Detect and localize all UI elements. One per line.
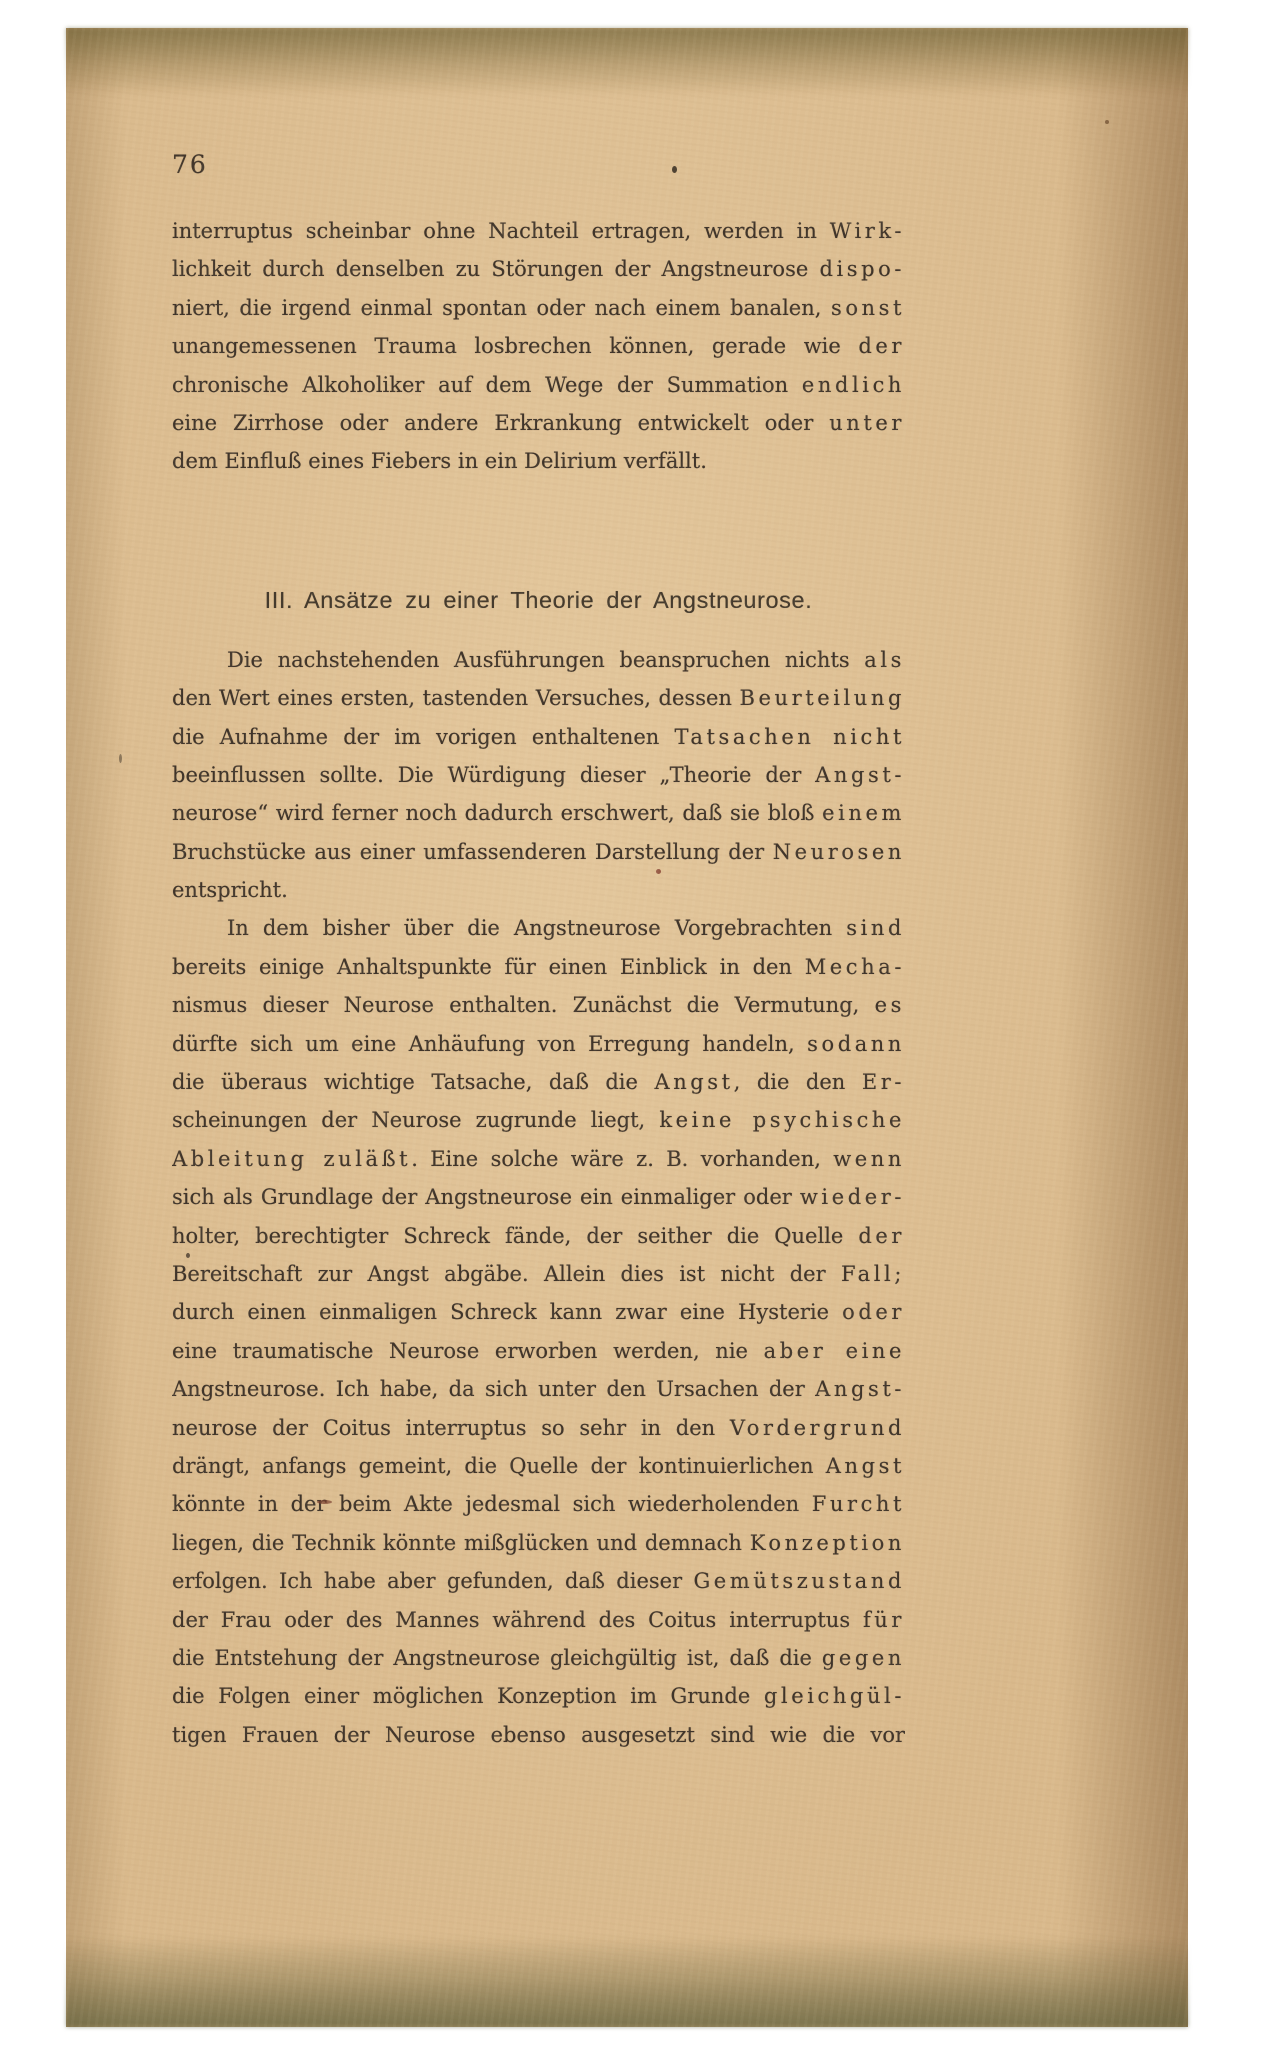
- paragraph-group-top: interruptus scheinbar ohne Nachteil ertr…: [172, 212, 905, 481]
- emphasized-text: einem: [822, 801, 905, 825]
- text-line: entspricht.: [172, 871, 905, 909]
- scan-edge-shadow-bottom: [66, 1941, 1188, 2027]
- ink-speck: [317, 1500, 332, 1504]
- body-text: tigen Frauen der Neurose ebenso ausgeset…: [172, 1723, 905, 1747]
- body-text: unangemessenen Trauma losbrechen können,…: [172, 334, 858, 358]
- ink-speck: [119, 754, 122, 763]
- emphasized-text: sind: [846, 916, 905, 940]
- body-text: Bruchstücke aus einer umfassenderen Dars…: [172, 840, 773, 864]
- body-text: eine traumatische Neurose erworben werde…: [172, 1339, 764, 1363]
- emphasized-text: gleichgül-: [764, 1684, 905, 1708]
- emphasized-text: Konzeption: [750, 1531, 905, 1555]
- body-text: durch einen einmaligen Schreck kann zwar…: [172, 1300, 842, 1324]
- emphasized-text: aber eine: [764, 1339, 905, 1363]
- section-heading: III. Ansätze zu einer Theorie der Angstn…: [172, 583, 905, 617]
- text-line: die überaus wichtige Tatsache, daß die A…: [172, 1063, 905, 1101]
- emphasized-text: Neurosen: [773, 840, 905, 864]
- body-text: Bereitschaft zur Angst abgäbe. Allein di…: [172, 1262, 841, 1286]
- text-line: In dem bisher über die Angstneurose Vorg…: [172, 909, 905, 947]
- text-line: sich als Grundlage der Angstneurose ein …: [172, 1178, 905, 1216]
- body-text: , die den: [734, 1070, 862, 1094]
- ink-speck: [656, 869, 661, 874]
- emphasized-text: Ableitung zuläßt: [172, 1147, 411, 1171]
- body-text: nismus dieser Neurose enthalten. Zunächs…: [172, 993, 875, 1017]
- emphasized-text: Mecha-: [805, 955, 905, 979]
- emphasized-text: endlich: [802, 373, 905, 397]
- text-line: unangemessenen Trauma losbrechen können,…: [172, 327, 905, 365]
- ink-speck: [1105, 120, 1109, 124]
- body-text: dürfte sich um eine Anhäufung von Erregu…: [172, 1032, 807, 1056]
- emphasized-text: Beurteilung: [740, 686, 906, 710]
- emphasized-text: für: [863, 1608, 905, 1632]
- body-text: scheinungen der Neurose zugrunde liegt,: [172, 1108, 659, 1132]
- scanned-book-screenshot: { "page": { "number": "76" }, "heading":…: [0, 0, 1267, 2057]
- paragraph: In dem bisher über die Angstneurose Vorg…: [172, 909, 905, 1754]
- text-line: tigen Frauen der Neurose ebenso ausgeset…: [172, 1716, 905, 1754]
- body-text: In dem bisher über die Angstneurose Vorg…: [227, 916, 846, 940]
- text-line: bereits einige Anhaltspunkte für einen E…: [172, 948, 905, 986]
- emphasized-text: sonst: [831, 296, 905, 320]
- body-text: erfolgen. Ich habe aber gefunden, daß di…: [172, 1569, 693, 1593]
- scan-edge-shadow-top: [66, 28, 1188, 92]
- text-line: eine traumatische Neurose erworben werde…: [172, 1332, 905, 1370]
- text-line: lichkeit durch denselben zu Störungen de…: [172, 250, 905, 288]
- text-line: scheinungen der Neurose zugrunde liegt, …: [172, 1101, 905, 1139]
- body-text: . Eine solche wäre z. B. vorhanden,: [411, 1147, 833, 1171]
- text-line: neurose der Coitus interruptus so sehr i…: [172, 1409, 905, 1447]
- text-line: nismus dieser Neurose enthalten. Zunächs…: [172, 986, 905, 1024]
- emphasized-text: Wirk-: [830, 219, 905, 243]
- ink-speck: [186, 1253, 190, 1258]
- emphasized-text: Furcht: [812, 1492, 905, 1516]
- body-text: dem Einfluß eines Fiebers in ein Deliriu…: [172, 449, 707, 473]
- emphasized-text: Fall;: [841, 1262, 905, 1286]
- emphasized-text: dispo-: [819, 257, 905, 281]
- body-text: Angstneurose. Ich habe, da sich unter de…: [172, 1377, 815, 1401]
- text-line: könnte in der beim Akte jedesmal sich wi…: [172, 1485, 905, 1523]
- book-page-scan: 76 interruptus scheinbar ohne Nachteil e…: [66, 28, 1188, 2027]
- text-line: den Wert eines ersten, tastenden Versuch…: [172, 679, 905, 717]
- emphasized-text: wenn: [833, 1147, 905, 1171]
- text-line: Bereitschaft zur Angst abgäbe. Allein di…: [172, 1255, 905, 1293]
- body-text: der Frau oder des Mannes während des Coi…: [172, 1608, 863, 1632]
- text-line: der Frau oder des Mannes während des Coi…: [172, 1601, 905, 1639]
- emphasized-text: Angst: [826, 1454, 905, 1478]
- text-line: dem Einfluß eines Fiebers in ein Deliriu…: [172, 442, 905, 480]
- emphasized-text: gegen: [822, 1646, 905, 1670]
- emphasized-text: unter: [829, 411, 905, 435]
- text-line: holter, berechtigter Schreck fände, der …: [172, 1217, 905, 1255]
- body-text: die Entstehung der Angstneurose gleichgü…: [172, 1646, 822, 1670]
- text-line: beeinflussen sollte. Die Würdigung diese…: [172, 756, 905, 794]
- emphasized-text: oder: [842, 1300, 905, 1324]
- body-text: die Aufnahme der im vorigen enthaltenen: [172, 725, 674, 749]
- text-line: niert, die irgend einmal spontan oder na…: [172, 289, 905, 327]
- text-line: die Entstehung der Angstneurose gleichgü…: [172, 1639, 905, 1677]
- emphasized-text: als: [864, 648, 905, 672]
- paragraph-group-main: Die nachstehenden Ausführungen beanspruc…: [172, 641, 905, 1754]
- text-line: liegen, die Technik könnte mißglücken un…: [172, 1524, 905, 1562]
- body-text: sich als Grundlage der Angstneurose ein …: [172, 1185, 800, 1209]
- body-text: die Folgen einer möglichen Konzeption im…: [172, 1684, 764, 1708]
- body-text: drängt, anfangs gemeint, die Quelle der …: [172, 1454, 826, 1478]
- text-line: dürfte sich um eine Anhäufung von Erregu…: [172, 1025, 905, 1063]
- paragraph: interruptus scheinbar ohne Nachteil ertr…: [172, 212, 905, 481]
- text-line: Die nachstehenden Ausführungen beanspruc…: [172, 641, 905, 679]
- body-text: Die nachstehenden Ausführungen beanspruc…: [227, 648, 864, 672]
- body-text: liegen, die Technik könnte mißglücken un…: [172, 1531, 750, 1555]
- emphasized-text: sodann: [807, 1032, 905, 1056]
- page-number: 76: [172, 150, 208, 179]
- emphasized-text: es: [875, 993, 905, 1017]
- emphasized-text: Vordergrund: [730, 1416, 905, 1440]
- paragraph: Die nachstehenden Ausführungen beanspruc…: [172, 641, 905, 910]
- emphasized-text: Angst: [654, 1070, 733, 1094]
- text-line: erfolgen. Ich habe aber gefunden, daß di…: [172, 1562, 905, 1600]
- emphasized-text: keine psychische: [659, 1108, 905, 1132]
- emphasized-text: der: [858, 334, 905, 358]
- emphasized-text: der: [858, 1224, 905, 1248]
- text-line: chronische Alkoholiker auf dem Wege der …: [172, 366, 905, 404]
- text-line: drängt, anfangs gemeint, die Quelle der …: [172, 1447, 905, 1485]
- body-text: die überaus wichtige Tatsache, daß die: [172, 1070, 654, 1094]
- body-text: neurose“ wird ferner noch dadurch erschw…: [172, 801, 822, 825]
- emphasized-text: Angst-: [815, 1377, 905, 1401]
- body-text: bereits einige Anhaltspunkte für einen E…: [172, 955, 805, 979]
- text-line: durch einen einmaligen Schreck kann zwar…: [172, 1293, 905, 1331]
- text-column: interruptus scheinbar ohne Nachteil ertr…: [172, 212, 905, 1754]
- text-line: die Aufnahme der im vorigen enthaltenen …: [172, 718, 905, 756]
- body-text: lichkeit durch denselben zu Störungen de…: [172, 257, 819, 281]
- text-line: Bruchstücke aus einer umfassenderen Dars…: [172, 833, 905, 871]
- emphasized-text: Angst-: [815, 763, 905, 787]
- text-line: interruptus scheinbar ohne Nachteil ertr…: [172, 212, 905, 250]
- body-text: beeinflussen sollte. Die Würdigung diese…: [172, 763, 815, 787]
- emphasized-text: wieder-: [800, 1185, 905, 1209]
- body-text: neurose der Coitus interruptus so sehr i…: [172, 1416, 730, 1440]
- body-text: holter, berechtigter Schreck fände, der …: [172, 1224, 858, 1248]
- body-text: könnte in der beim Akte jedesmal sich wi…: [172, 1492, 812, 1516]
- ink-speck: [672, 166, 677, 173]
- emphasized-text: Tatsachen nicht: [674, 725, 905, 749]
- text-line: eine Zirrhose oder andere Erkrankung ent…: [172, 404, 905, 442]
- body-text: entspricht.: [172, 878, 288, 902]
- text-line: Angstneurose. Ich habe, da sich unter de…: [172, 1370, 905, 1408]
- body-text: eine Zirrhose oder andere Erkrankung ent…: [172, 411, 829, 435]
- body-text: chronische Alkoholiker auf dem Wege der …: [172, 373, 802, 397]
- text-line: Ableitung zuläßt. Eine solche wäre z. B.…: [172, 1140, 905, 1178]
- text-line: neurose“ wird ferner noch dadurch erschw…: [172, 794, 905, 832]
- body-text: den Wert eines ersten, tastenden Versuch…: [172, 686, 740, 710]
- text-line: die Folgen einer möglichen Konzeption im…: [172, 1677, 905, 1715]
- body-text: interruptus scheinbar ohne Nachteil ertr…: [172, 219, 830, 243]
- emphasized-text: Gemütszustand: [693, 1569, 905, 1593]
- body-text: niert, die irgend einmal spontan oder na…: [172, 296, 831, 320]
- emphasized-text: Er-: [862, 1070, 905, 1094]
